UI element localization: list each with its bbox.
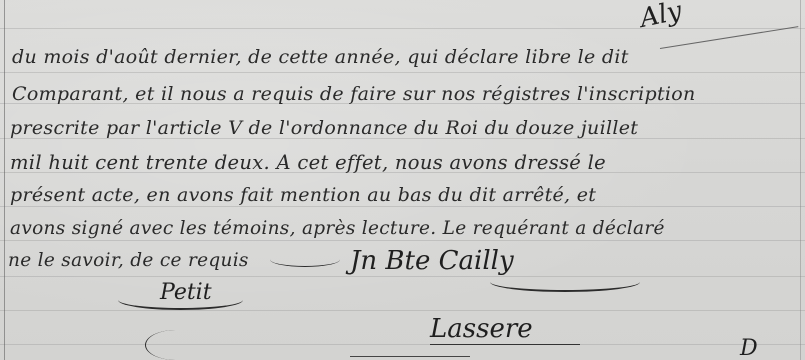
left-margin-rule — [4, 0, 5, 360]
flourish — [270, 252, 340, 267]
ruled-line — [0, 344, 805, 345]
signature-witness-2: Lassere — [430, 314, 533, 344]
document-page: Aly du mois d'août dernier, de cette ann… — [0, 0, 805, 360]
text-line-2: Comparant, et il nous a requis de faire … — [12, 83, 696, 105]
signature-witness-2-underline — [430, 344, 580, 345]
ruled-line — [0, 310, 805, 311]
partial-bottom-text: D — [740, 336, 758, 360]
signature-principal-flourish — [490, 272, 640, 292]
ruled-line — [0, 276, 805, 277]
signature-witness-1-flourish — [118, 290, 243, 310]
text-line-7: ne le savoir, de ce requis — [8, 250, 249, 271]
text-line-4: mil huit cent trente deux. A cet effet, … — [10, 151, 606, 174]
text-line-3: prescrite par l'article V de l'ordonnanc… — [10, 117, 638, 139]
partial-bottom-flourish — [145, 330, 206, 360]
signature-principal: Jn Bte Cailly — [350, 246, 514, 276]
ruled-line — [0, 28, 805, 29]
text-line-1: du mois d'août dernier, de cette année, … — [12, 46, 629, 68]
margin-annotation-stroke — [660, 26, 798, 49]
ruled-line — [0, 206, 805, 207]
ruled-line — [0, 72, 805, 73]
ruled-line — [0, 240, 805, 241]
partial-bottom-stroke — [350, 356, 470, 357]
text-line-6: avons signé avec les témoins, après lect… — [10, 218, 665, 239]
right-page-edge — [800, 0, 801, 360]
text-line-5: présent acte, en avons fait mention au b… — [10, 184, 596, 206]
